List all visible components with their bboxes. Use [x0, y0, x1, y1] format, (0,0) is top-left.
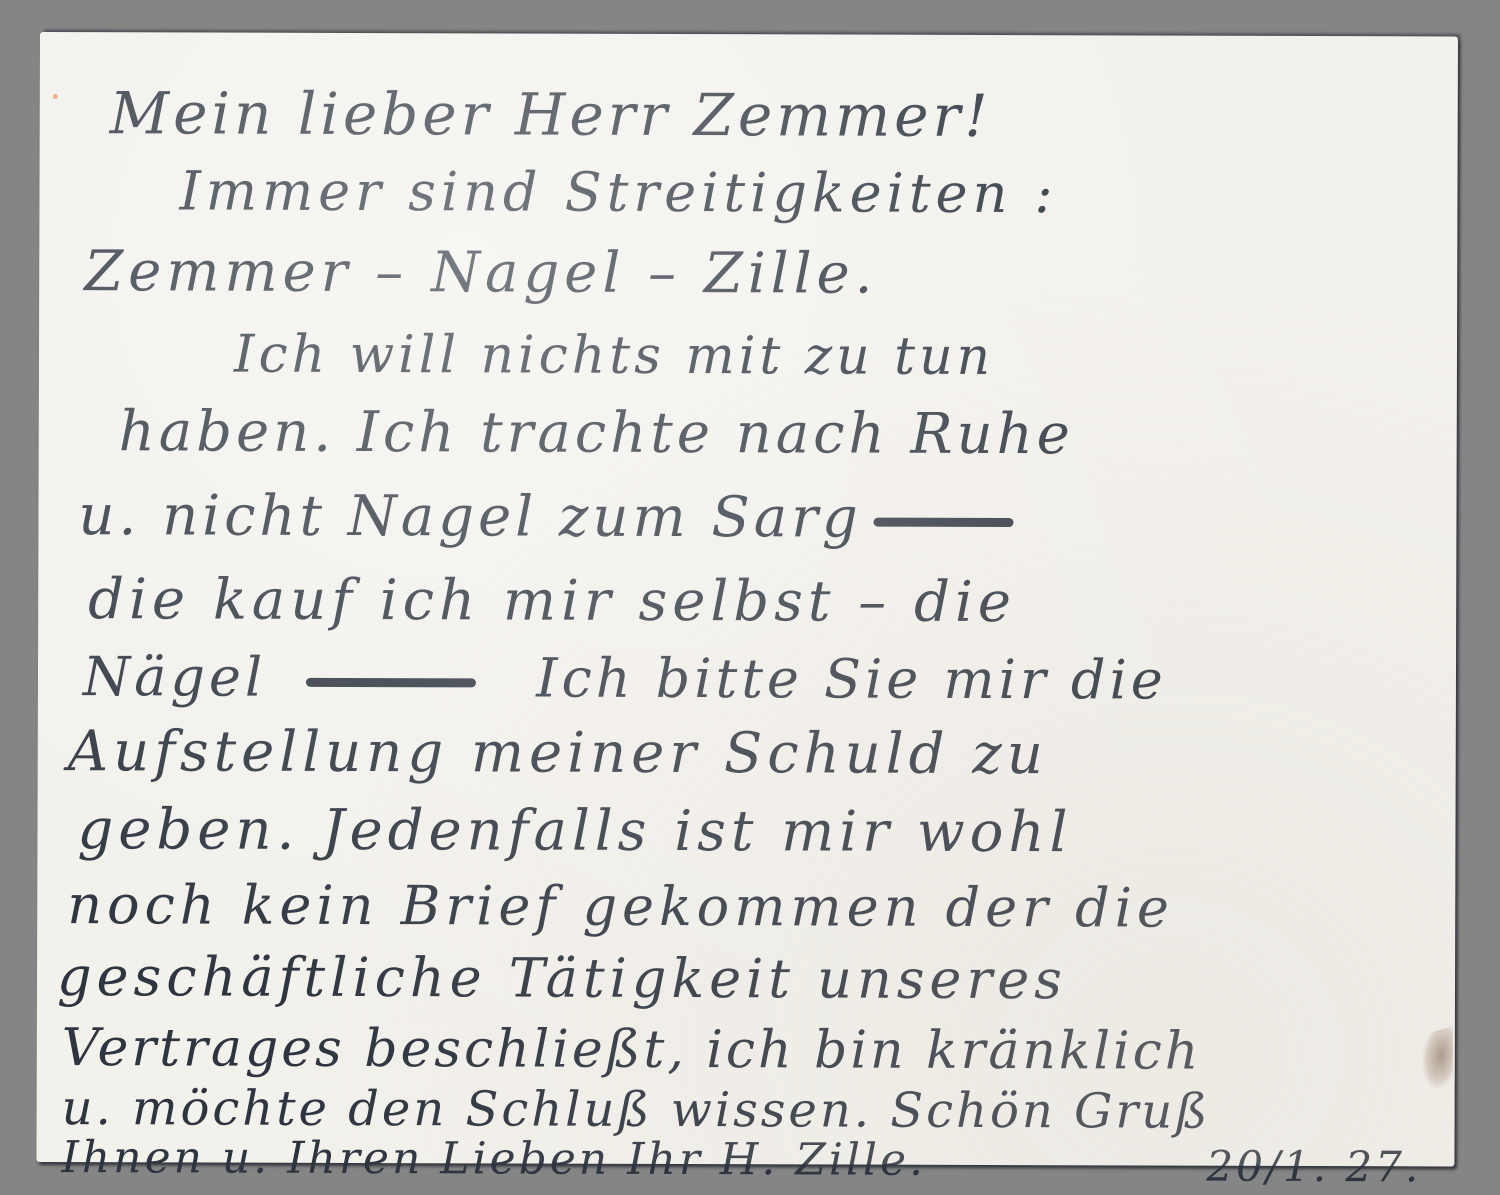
letter-line-10: geben. Jedenfalls ist mir wohl [77, 802, 1072, 861]
ink-dash [874, 518, 1014, 527]
letter-line-8: NägelIch bitte Sie mir die [83, 650, 1167, 707]
paper-spot [53, 94, 58, 99]
letter-line-8-text-b: Ich bitte Sie mir die [536, 647, 1167, 712]
letter-line-5: haben. Ich trachte nach Ruhe [119, 404, 1074, 463]
letter-line-14: u. möchte den Schluß wissen. Schön Gruß [62, 1084, 1211, 1136]
letter-line-7: die kauf ich mir selbst – die [88, 572, 1016, 631]
letter-line-3: Zemmer – Nagel – Zille. [84, 244, 877, 302]
letter-line-9: Aufstellung meiner Schuld zu [68, 724, 1048, 783]
salutation-line: Mein lieber Herr Zemmer! [110, 84, 992, 145]
letter-line-6: u. nicht Nagel zum Sarg [78, 488, 1025, 547]
letter-card: Mein lieber Herr Zemmer! Immer sind Stre… [36, 32, 1458, 1166]
ink-dash [306, 677, 476, 687]
letter-line-12: geschäftliche Tätigkeit unseres [57, 950, 1067, 1007]
paper-stain [1423, 1026, 1453, 1094]
letter-line-2: Immer sind Streitigkeiten : [179, 164, 1057, 221]
letter-line-6-text: u. nicht Nagel zum Sarg [78, 483, 862, 550]
letter-line-4: Ich will nichts mit zu tun [234, 329, 994, 383]
letter-line-11: noch kein Brief gekommen der die [67, 878, 1174, 935]
letter-line-13: Vertrages beschließt, ich bin kränklich [62, 1022, 1202, 1078]
closing-text: Ihnen u. Ihren Lieben Ihr H. Zille. [61, 1132, 926, 1186]
letter-line-8-text-a: Nägel [83, 645, 266, 709]
closing-line: Ihnen u. Ihren Lieben Ihr H. Zille. [61, 1136, 926, 1183]
letter-date: 20/1. 27. [1206, 1142, 1421, 1192]
